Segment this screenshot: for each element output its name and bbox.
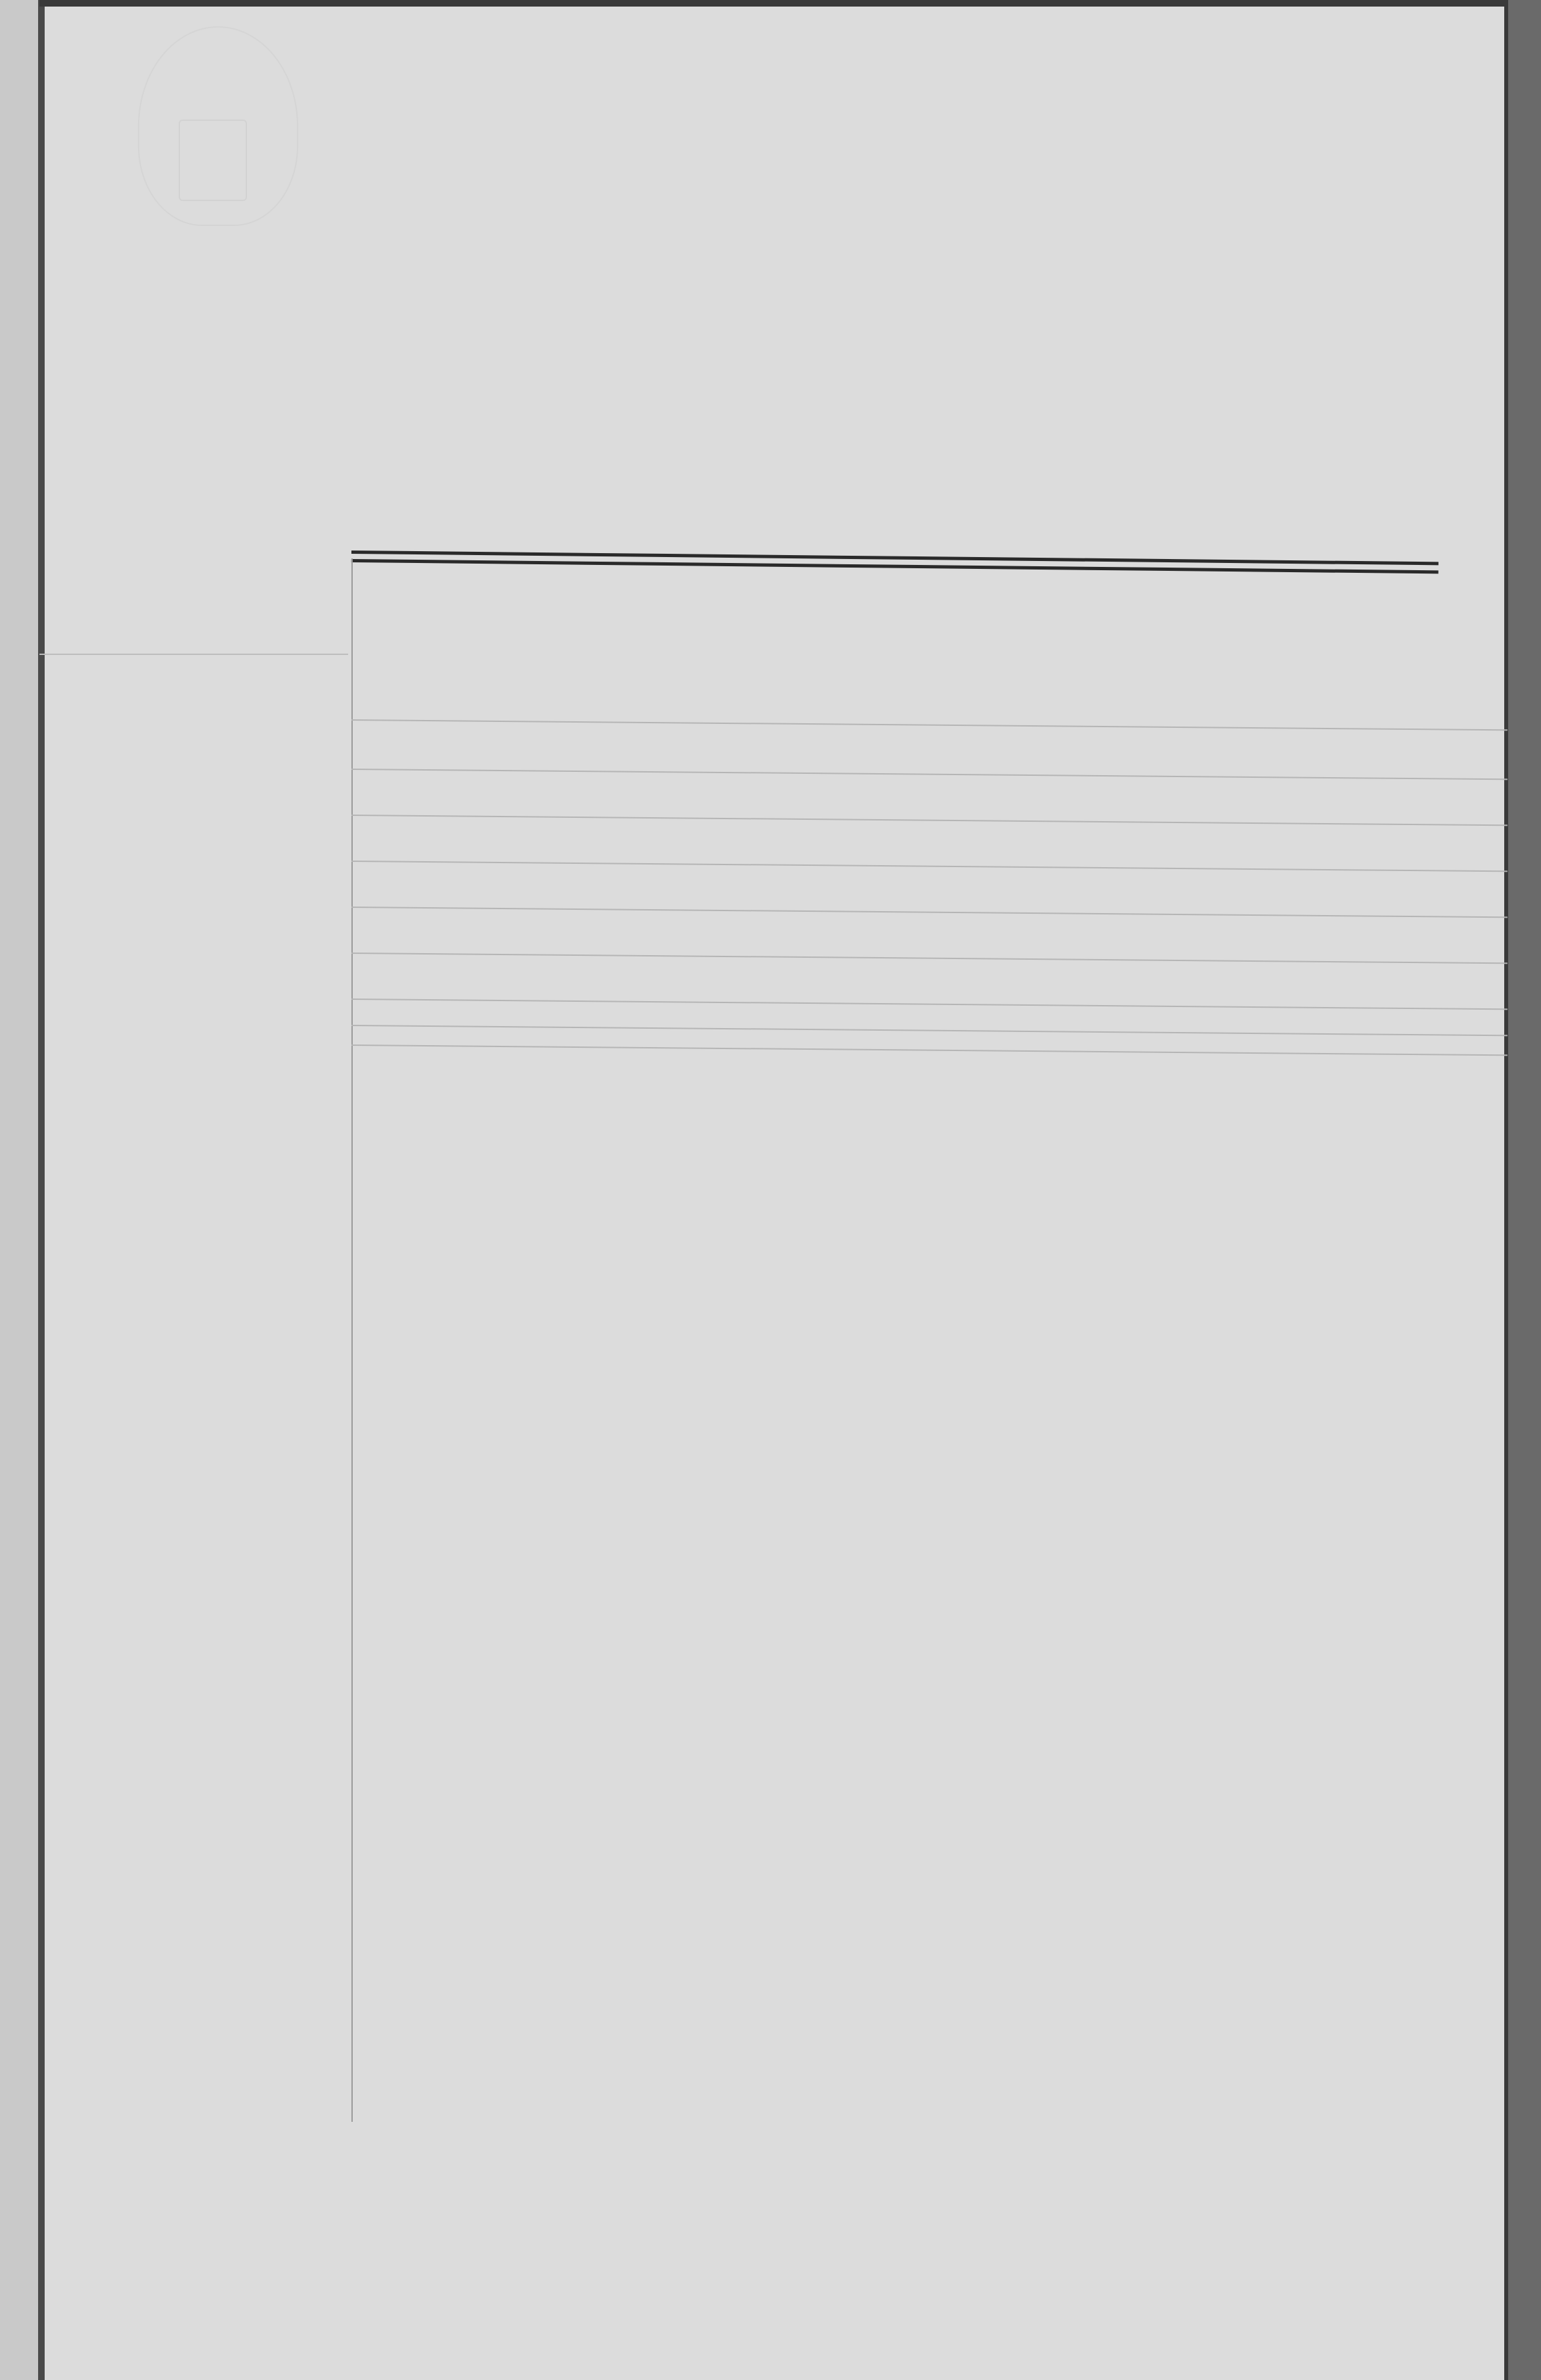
ruled-line (351, 953, 1507, 964)
left-page-edge (38, 0, 45, 2380)
section-divider (351, 550, 1439, 573)
page-gutter (0, 0, 41, 2380)
coat-of-arms-icon (179, 120, 247, 201)
ruled-line (351, 719, 1507, 730)
embossed-seal-icon (138, 26, 298, 226)
top-page-edge (39, 0, 1511, 7)
ruled-line (351, 861, 1507, 872)
margin-rule (351, 558, 353, 2122)
ruled-line (351, 907, 1507, 918)
ruled-line (351, 815, 1507, 826)
ruled-line (351, 999, 1507, 1010)
ruled-line (351, 1044, 1507, 1056)
ruled-line (351, 1025, 1507, 1036)
right-page-edge (1504, 0, 1541, 2380)
ruled-line (351, 769, 1507, 780)
register-page (0, 0, 1541, 2380)
margin-stub-line (39, 654, 348, 655)
